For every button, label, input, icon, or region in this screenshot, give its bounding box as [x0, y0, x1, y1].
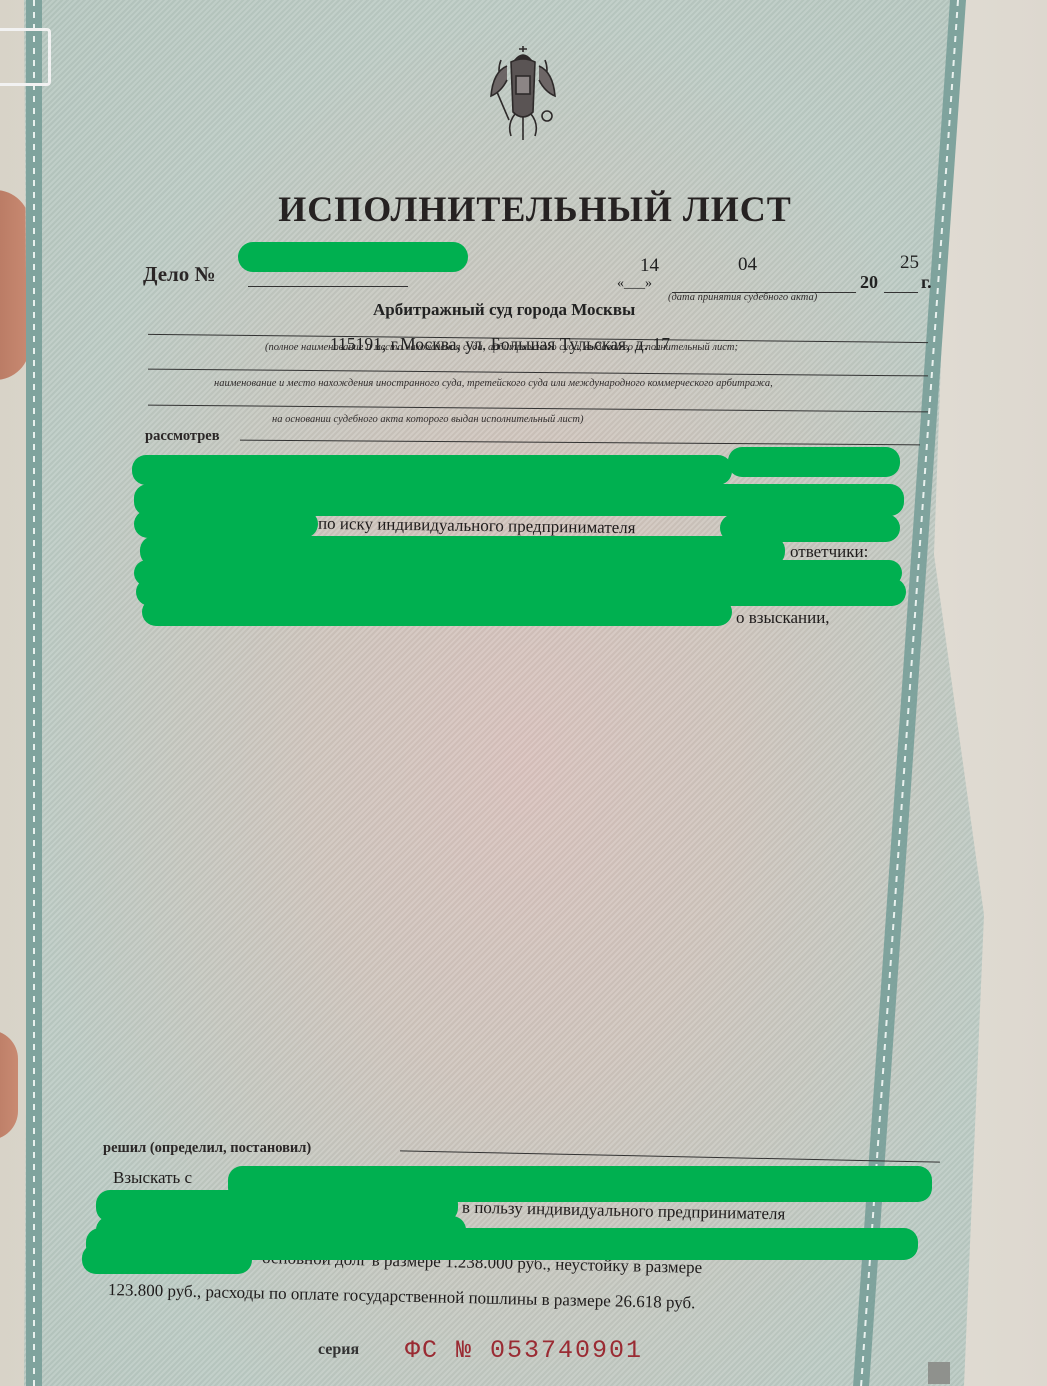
recovery-fragment: о взыскании,	[736, 608, 830, 628]
date-day: 14	[640, 255, 659, 277]
date-hint: (дата принятия судебного акта)	[668, 292, 817, 303]
date-year-line	[884, 292, 918, 293]
redaction-block	[134, 510, 318, 538]
decision-line-1: Взыскать с	[113, 1168, 192, 1188]
date-year-unit: г.	[921, 272, 932, 293]
document-content: ИСПОЛНИТЕЛЬНЫЙ ЛИСТ Дело № 14 04 25 «___…	[0, 0, 1047, 1386]
document-title: ИСПОЛНИТЕЛЬНЫЙ ЛИСТ	[0, 188, 1047, 230]
date-year-suffix: 25	[900, 252, 919, 274]
considered-line	[240, 440, 920, 446]
redacted-case-number	[238, 242, 468, 272]
court-hint-3: на основании судебного акта которого выд…	[272, 414, 583, 425]
corner-mark	[928, 1362, 950, 1384]
decided-line	[400, 1150, 940, 1162]
redaction-block	[142, 598, 732, 626]
series-label: серия	[318, 1341, 359, 1359]
date-day-blank: «___»	[617, 276, 652, 292]
decided-label: решил (определил, постановил)	[103, 1140, 311, 1157]
considered-label: рассмотрев	[145, 428, 220, 445]
court-line-3	[148, 405, 928, 413]
decision-line-4: 123.800 руб., расходы по оплате государс…	[108, 1280, 696, 1313]
court-hint-2: наименование и место нахождения иностран…	[214, 378, 773, 389]
court-address: 115191, г.Москва, ул. Большая Тульская, …	[330, 334, 670, 355]
date-month: 04	[738, 254, 757, 276]
redaction-block	[82, 1244, 252, 1274]
case-number-line	[248, 286, 408, 287]
case-number-label: Дело №	[143, 262, 216, 287]
date-year-prefix: 20	[860, 272, 878, 293]
court-line-2	[148, 369, 928, 377]
court-name: Арбитражный суд города Москвы	[373, 300, 635, 320]
redaction-block	[132, 455, 732, 485]
claim-fragment: по иску индивидуального предпринимателя	[318, 514, 636, 538]
coat-of-arms-icon	[487, 40, 559, 144]
defendants-fragment: ответчики:	[790, 542, 868, 562]
redaction-block	[728, 447, 900, 477]
series-number: ФС № 053740901	[405, 1336, 643, 1365]
